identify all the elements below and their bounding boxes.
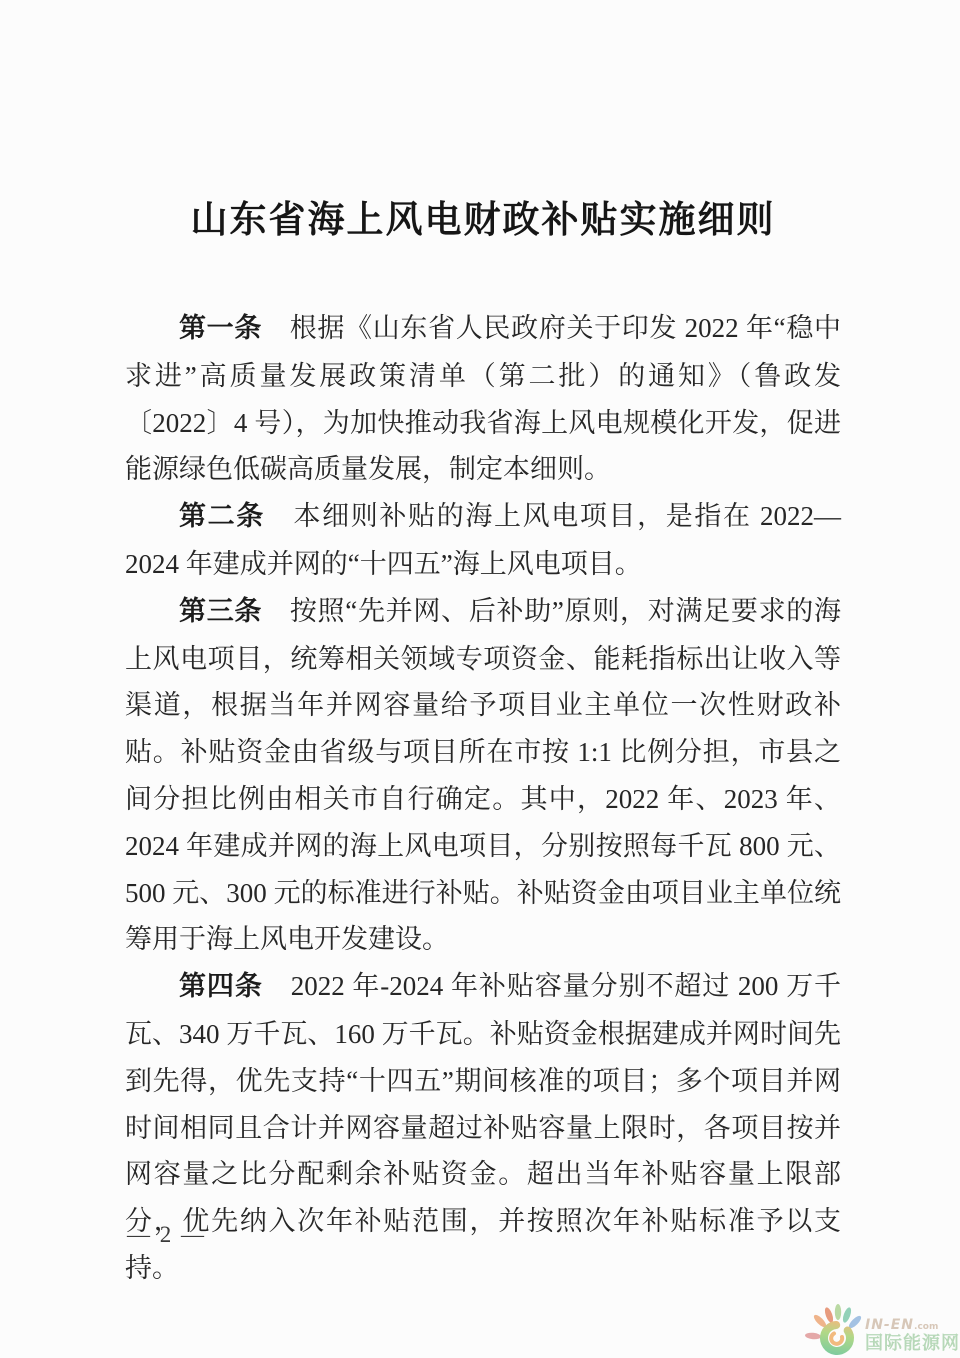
- article-paragraph-4: 第四条 2022 年-2024 年补贴容量分别不超过 200 万千瓦、340 万…: [125, 963, 841, 1292]
- watermark-text: IN-EN.com 国际能源网: [865, 1318, 960, 1356]
- article-4-label: 第四条: [179, 971, 263, 1002]
- article-4-text: 2022 年-2024 年补贴容量分别不超过 200 万千瓦、340 万千瓦、1…: [125, 971, 841, 1283]
- article-3-text: 按照“先并网、后补助”原则，对满足要求的海上风电项目，统筹相关领域专项资金、能耗…: [125, 596, 841, 955]
- article-1-label: 第一条: [179, 313, 262, 344]
- page-number: — 2 —: [127, 1222, 206, 1248]
- article-2-label: 第二条: [179, 501, 265, 532]
- document-page: 山东省海上风电财政补贴实施细则 第一条 根据《山东省人民政府关于印发 2022 …: [0, 0, 960, 1358]
- article-paragraph-1: 第一条 根据《山东省人民政府关于印发 2022 年“稳中求进”高质量发展政策清单…: [125, 305, 841, 493]
- watermark-tld: .com: [914, 1322, 938, 1332]
- document-body: 第一条 根据《山东省人民政府关于印发 2022 年“稳中求进”高质量发展政策清单…: [125, 305, 841, 1292]
- document-title: 山东省海上风电财政补贴实施细则: [125, 0, 841, 243]
- article-3-label: 第三条: [179, 596, 262, 627]
- watermark: IN-EN.com 国际能源网: [801, 1294, 960, 1356]
- in-en-logo-icon: [801, 1294, 867, 1356]
- article-paragraph-3: 第三条 按照“先并网、后补助”原则，对满足要求的海上风电项目，统筹相关领域专项资…: [125, 588, 841, 963]
- article-paragraph-2: 第二条 本细则补贴的海上风电项目，是指在 2022—2024 年建成并网的“十四…: [125, 493, 841, 588]
- watermark-site: IN-EN.com: [865, 1318, 960, 1332]
- watermark-name: 国际能源网: [865, 1335, 960, 1353]
